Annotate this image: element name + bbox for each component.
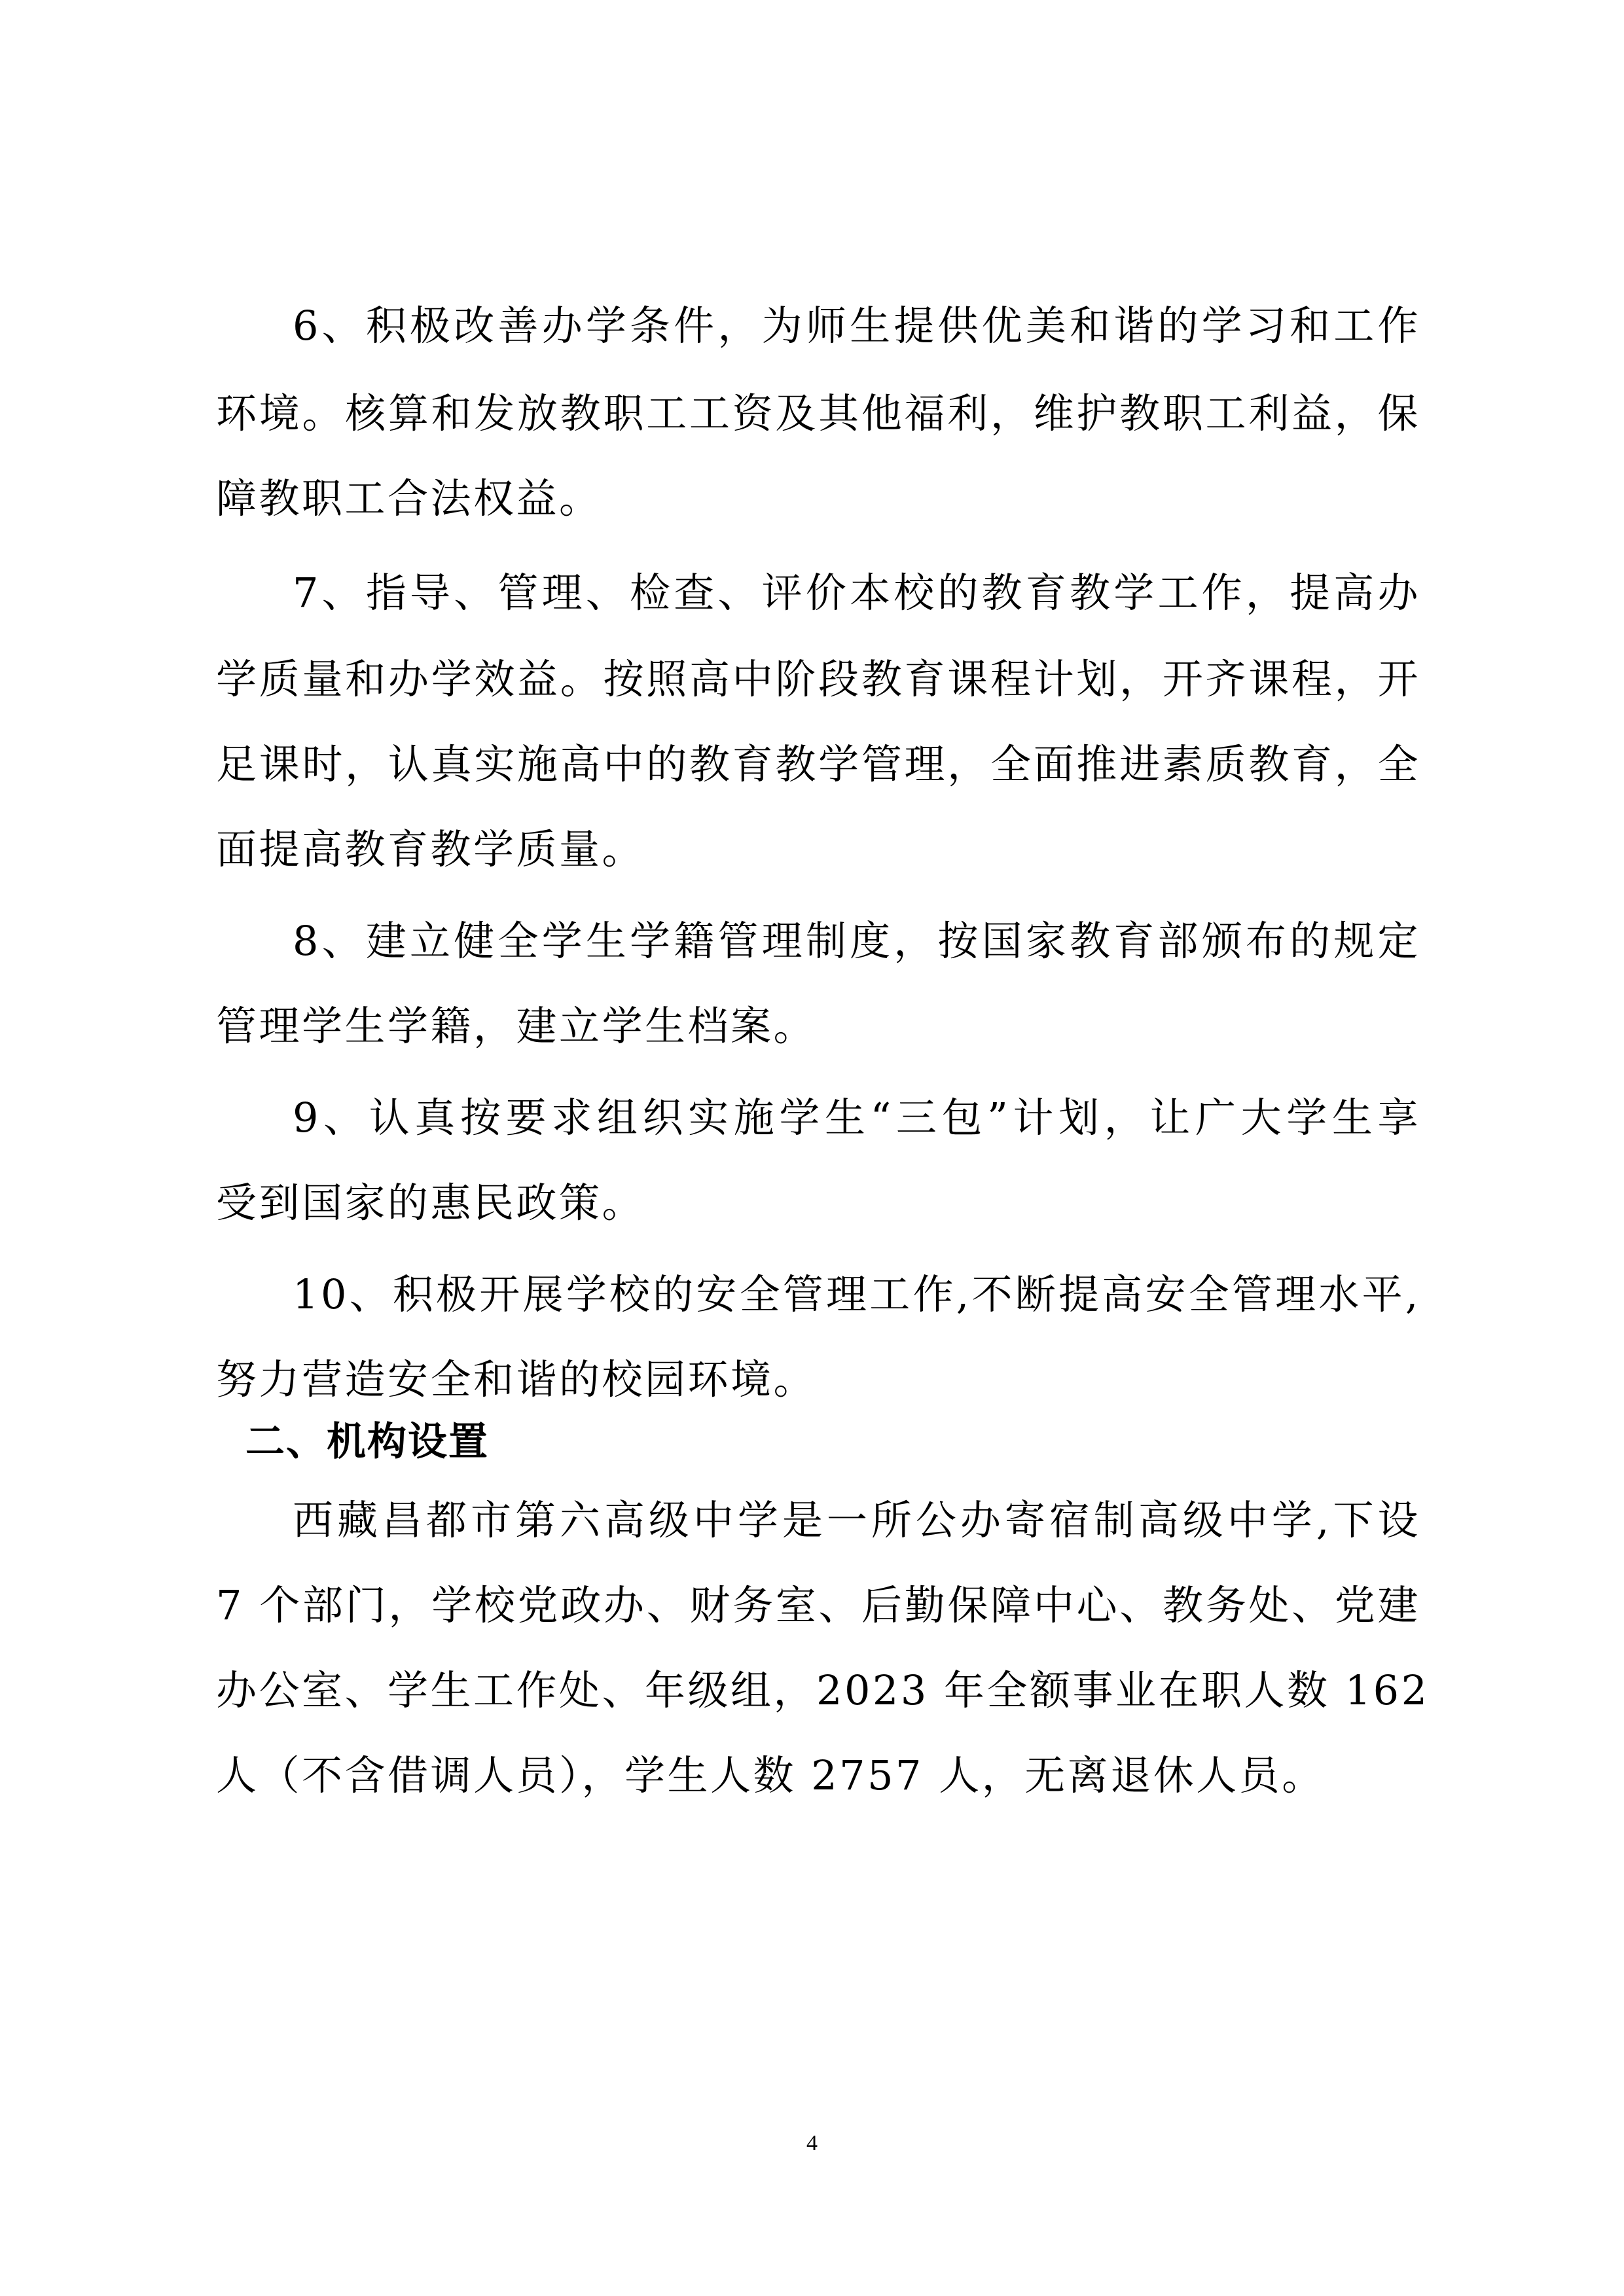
paragraph-item-9-line-2: 受到国家的惠民政策。 [216,1177,1420,1229]
paragraph-item-10-line-2: 努力营造安全和谐的校园环境。 [216,1354,1420,1406]
paragraph-item-6-line-2: 环境。核算和发放教职工工资及其他福利，维护教职工利益，保 [216,387,1420,440]
paragraph-item-6-line-3: 障教职工合法权益。 [216,473,1420,525]
section-heading: 二、机构设置 [245,1416,489,1468]
paragraph-item-7-line-4: 面提高教育教学质量。 [216,823,1420,876]
paragraph-item-7-line-3: 足课时，认真实施高中的教育教学管理，全面推进素质教育，全 [216,738,1420,791]
org-paragraph-line-1: 西藏昌都市第六高级中学是一所公办寄宿制高级中学,下设 [293,1494,1420,1547]
paragraph-item-7-line-1: 7、指导、管理、检查、评价本校的教育教学工作，提高办 [293,567,1420,619]
paragraph-item-6-line-1: 6、积极改善办学条件，为师生提供优美和谐的学习和工作 [293,300,1420,352]
paragraph-item-8-line-1: 8、建立健全学生学籍管理制度，按国家教育部颁布的规定 [293,915,1420,967]
paragraph-item-8-line-2: 管理学生学籍，建立学生档案。 [216,1000,1420,1052]
page-number: 4 [0,2130,1624,2157]
org-paragraph-line-3: 办公室、学生工作处、年级组，2023 年全额事业在职人数 162 [216,1664,1420,1717]
paragraph-item-7-line-2: 学质量和办学效益。按照高中阶段教育课程计划，开齐课程，开 [216,653,1420,706]
org-paragraph-line-2: 7 个部门，学校党政办、财务室、后勤保障中心、教务处、党建 [216,1579,1420,1632]
org-paragraph-line-4: 人（不含借调人员），学生人数 2757 人，无离退休人员。 [216,1749,1420,1802]
document-page: 6、积极改善办学条件，为师生提供优美和谐的学习和工作 环境。核算和发放教职工工资… [0,0,1624,2296]
paragraph-item-9-line-1: 9、认真按要求组织实施学生“三包”计划，让广大学生享 [293,1092,1420,1144]
paragraph-item-10-line-1: 10、积极开展学校的安全管理工作,不断提高安全管理水平, [293,1268,1420,1321]
